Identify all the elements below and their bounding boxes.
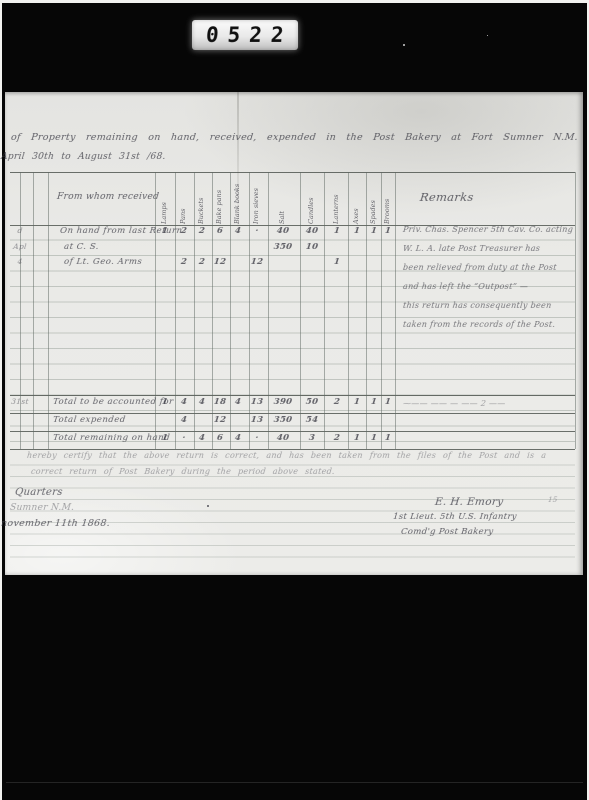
table-rule-vertical <box>33 172 34 449</box>
column-header-item: Bake pans <box>214 176 225 224</box>
place-block-line1: Quarters <box>14 487 63 498</box>
table-cell-value: 390 <box>273 397 293 407</box>
table-rule-vertical <box>194 172 195 449</box>
table-cell-value: 50 <box>305 397 318 407</box>
row-margin-date: 31st <box>8 397 33 406</box>
row-margin-date: Apl <box>8 242 33 251</box>
edge-mark: 15 <box>548 496 558 504</box>
column-header-item: Lamps <box>159 176 170 224</box>
table-cell-value: 13 <box>250 415 263 425</box>
table-cell-value: 1 <box>370 433 377 443</box>
totals-remarks-dash: ⁓—— —— — —— 2 —— <box>403 399 507 408</box>
table-rule-vertical <box>155 172 156 449</box>
table-cell-value: 1 <box>353 226 360 236</box>
table-cell-value: 1 <box>370 397 377 407</box>
table-cell-value: 350 <box>273 415 293 425</box>
table-cell-value: 54 <box>305 415 318 425</box>
table-cell-value: 1 <box>333 226 340 236</box>
column-header-item: Iron sieves <box>251 176 262 224</box>
table-cell-value: 4 <box>198 397 205 407</box>
column-header-item: Brooms <box>382 176 393 224</box>
table-cell-value: · <box>182 433 186 443</box>
film-frame-edge <box>0 0 2 800</box>
table-cell-value: 4 <box>198 433 205 443</box>
table-cell-value: 4 <box>234 397 241 407</box>
column-header-item: Lanterns <box>331 176 342 224</box>
table-cell-value: 40 <box>305 226 318 236</box>
film-speck <box>487 35 488 36</box>
table-rule-vertical <box>575 172 576 449</box>
row-label: Total expended <box>52 415 126 425</box>
remarks-text-line: W. L. A. late Post Treasurer has <box>403 244 541 253</box>
place-block-line2: Sumner N.M. <box>9 503 74 513</box>
row-label: Total to be accounted for <box>52 397 174 407</box>
column-header-item: Axes <box>351 176 362 224</box>
film-scratch-line <box>6 782 583 783</box>
remarks-text-line: Priv. Chas. Spencer 5th Cav. Co. acting <box>403 225 574 234</box>
table-cell-value: 4 <box>180 415 187 425</box>
table-cell-value: 10 <box>305 242 318 252</box>
table-cell-value: · <box>255 226 259 236</box>
film-speck <box>403 44 405 46</box>
table-cell-value: 40 <box>276 226 289 236</box>
row-margin-date: d <box>8 226 33 235</box>
table-cell-value: 1 <box>384 397 391 407</box>
remarks-text-line: this return has consequently been <box>403 301 552 310</box>
table-rule-vertical <box>212 172 213 449</box>
place-block-line3: november 11th 1868. <box>0 518 110 529</box>
table-cell-value: 1 <box>353 397 360 407</box>
row-label: Total remaining on hand <box>52 433 170 443</box>
table-cell-value: 1 <box>384 226 391 236</box>
microfilm-photo-frame: 0522 of Property remaining on hand, rece… <box>0 0 589 800</box>
signature-rank: 1st Lieut. 5th U.S. Infantry <box>392 512 517 522</box>
table-rule-vertical <box>324 172 325 449</box>
table-rule-horizontal <box>10 172 575 173</box>
column-header-item: Spades <box>368 176 379 224</box>
table-rule-vertical <box>20 172 21 449</box>
table-cell-value: 6 <box>216 433 223 443</box>
table-cell-value: 12 <box>213 415 226 425</box>
table-rule-vertical <box>395 172 396 449</box>
table-cell-value: 350 <box>273 242 293 252</box>
table-cell-value: 2 <box>333 433 340 443</box>
document-title-line2: April 30th to August 31st /68. <box>0 152 166 162</box>
table-rule-vertical <box>249 172 250 449</box>
certification-text-line2: correct return of Post Bakery during the… <box>31 467 336 476</box>
remarks-text-line: and has left the “Outpost” — <box>403 282 529 291</box>
remarks-text-line: been relieved from duty at the Post <box>403 263 558 272</box>
table-cell-value: 12 <box>213 257 226 267</box>
table-cell-value: 2 <box>198 226 205 236</box>
row-margin-date: 4 <box>8 257 33 266</box>
table-cell-value: 1 <box>161 433 168 443</box>
table-cell-value: 2 <box>198 257 205 267</box>
table-rule-vertical <box>366 172 367 449</box>
table-cell-value: 13 <box>250 397 263 407</box>
table-rule-horizontal <box>10 413 575 414</box>
table-cell-value: 4 <box>180 397 187 407</box>
remarks-text-line: taken from the records of the Post. <box>403 320 556 329</box>
column-header-item: Blank books <box>232 176 243 224</box>
table-cell-value: 1 <box>353 433 360 443</box>
signature-title: Comd'g Post Bakery <box>400 527 493 537</box>
signature-name: E. H. Emory <box>434 496 504 508</box>
table-cell-value: 1 <box>161 397 168 407</box>
table-cell-value: 1 <box>333 257 340 267</box>
table-cell-value: 18 <box>213 397 226 407</box>
ledger-document: of Property remaining on hand, received,… <box>5 92 583 575</box>
film-frame-edge <box>0 0 589 3</box>
table-rule-vertical <box>175 172 176 449</box>
column-header-item: Pans <box>178 176 189 224</box>
frame-counter-plate: 0522 <box>192 20 298 50</box>
row-label: of Lt. Geo. Arms <box>63 257 142 267</box>
table-rule-horizontal <box>10 449 575 450</box>
table-rule-vertical <box>300 172 301 449</box>
column-header-remarks: Remarks <box>419 190 474 204</box>
row-label: at C. S. <box>63 242 99 252</box>
table-cell-value: 6 <box>216 226 223 236</box>
column-header-from-whom: From whom received <box>56 192 157 202</box>
table-rule-horizontal <box>10 395 575 396</box>
table-rule-vertical <box>268 172 269 449</box>
table-cell-value: 4 <box>234 433 241 443</box>
ink-dot <box>207 505 209 507</box>
table-cell-value: 2 <box>180 257 187 267</box>
table-cell-value: 1 <box>384 433 391 443</box>
frame-counter-digits: 0522 <box>196 23 294 47</box>
table-cell-value: · <box>255 433 259 443</box>
table-rule-vertical <box>348 172 349 449</box>
table-cell-value: 2 <box>333 397 340 407</box>
document-title-line1: of Property remaining on hand, received,… <box>10 132 578 143</box>
table-rule-horizontal <box>10 431 575 432</box>
table-cell-value: 1 <box>370 226 377 236</box>
column-header-item: Salt <box>277 176 288 224</box>
table-cell-value: 1 <box>161 226 168 236</box>
table-cell-value: 40 <box>276 433 289 443</box>
certification-text-line1: hereby certify that the above return is … <box>27 451 547 460</box>
table-cell-value: 2 <box>180 226 187 236</box>
table-rule-vertical <box>48 172 49 449</box>
column-header-item: Candles <box>306 176 317 224</box>
table-cell-value: 4 <box>234 226 241 236</box>
table-rule-vertical <box>230 172 231 449</box>
column-header-item: Buckets <box>196 176 207 224</box>
table-cell-value: 3 <box>308 433 315 443</box>
table-cell-value: 12 <box>250 257 263 267</box>
